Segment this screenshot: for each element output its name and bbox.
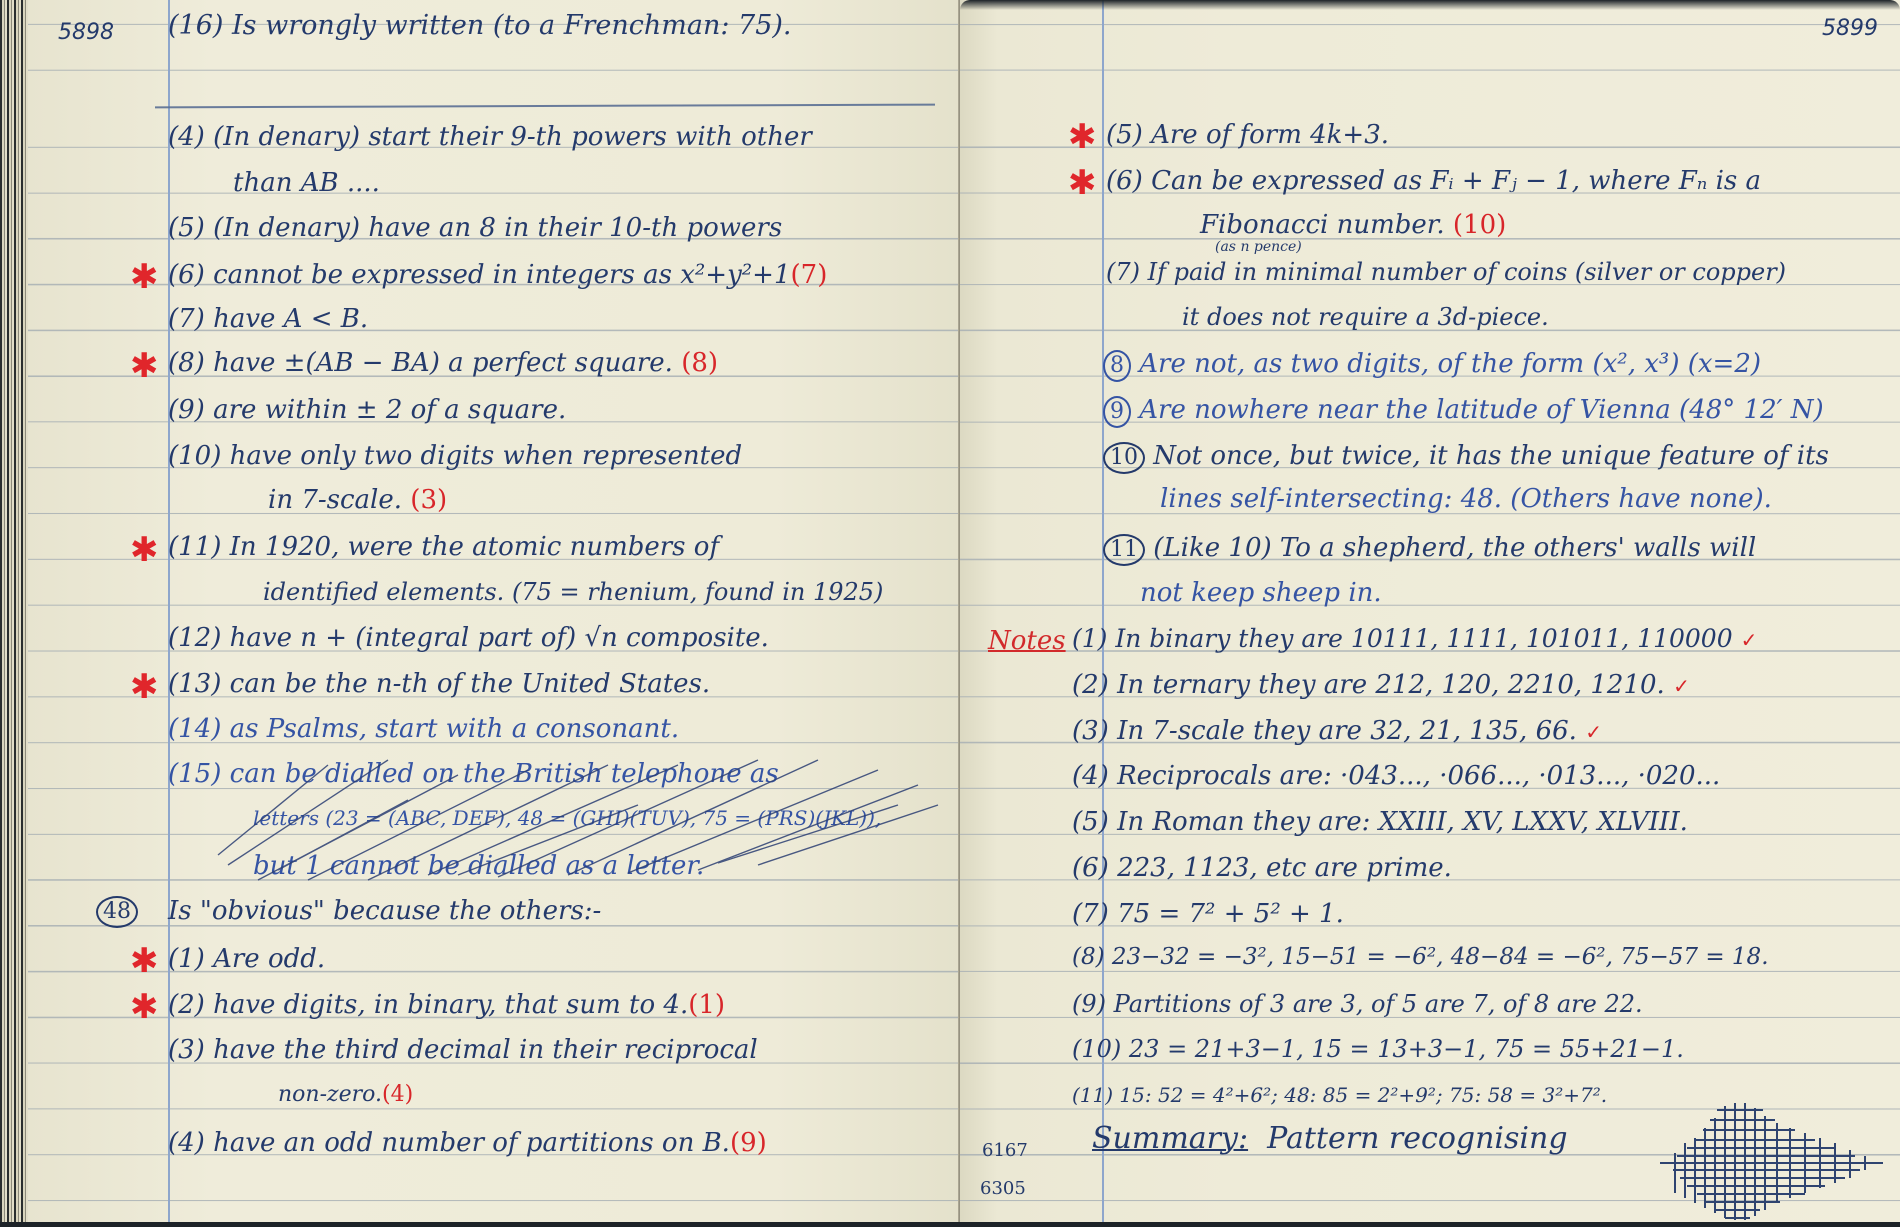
cross-hatched-cone-sketch-icon — [1655, 1098, 1885, 1222]
red-asterisk-icon: ✱ — [130, 533, 159, 567]
summary-line: Summary: Pattern recognising — [1092, 1124, 1568, 1154]
crossed-out-line: (15) can be dialled on the British telep… — [168, 761, 779, 787]
note-item: (8) 23−32 = −3², 15−51 = −6², 48−84 = −6… — [1072, 946, 1769, 969]
note-line: (4) (In denary) start their 9-th powers … — [168, 124, 812, 150]
note-line: (13) can be the n-th of the United State… — [168, 671, 710, 697]
note-line: 9 Are nowhere near the latitude of Vienn… — [1103, 396, 1824, 428]
note-line: lines self-intersecting: 48. (Others hav… — [1160, 486, 1772, 512]
note-item: (3) In 7-scale they are 32, 21, 135, 66.… — [1072, 718, 1602, 744]
red-asterisk-icon: ✱ — [130, 349, 159, 383]
checkmark-icon: ✓ — [1741, 628, 1758, 652]
note-line: it does not require a 3d-piece. — [1182, 305, 1549, 329]
note-line: (12) have n + (integral part of) √n comp… — [168, 625, 769, 651]
note-line: (8) have ±(AB − BA) a perfect square. (8… — [168, 350, 718, 376]
checkmark-icon: ✓ — [1585, 720, 1602, 744]
note-line: (6) cannot be expressed in integers as x… — [168, 262, 827, 288]
right-page: 5899 ✱ (5) Are of form 4k+3. ✱ (6) Can b… — [960, 0, 1900, 1222]
note-line: (4) have an odd number of partitions on … — [168, 1130, 767, 1156]
note-item: (4) Reciprocals are: ·043..., ·066..., ·… — [1072, 763, 1720, 789]
note-line: in 7-scale. (3) — [268, 487, 447, 513]
note-line: (9) are within ± 2 of a square. — [168, 397, 566, 423]
note-line: 11 (Like 10) To a shepherd, the others' … — [1103, 534, 1756, 566]
note-item: (2) In ternary they are 212, 120, 2210, … — [1072, 672, 1690, 698]
red-asterisk-icon: ✱ — [130, 670, 159, 704]
note-line: (7) If paid in minimal number of coins (… — [1106, 260, 1786, 284]
notebook-spread: 5898 (16) Is wrongly written (to a Frenc… — [0, 0, 1900, 1222]
page-number: 5899 — [1822, 16, 1878, 41]
note-item: (10) 23 = 21+3−1, 15 = 13+3−1, 75 = 55+2… — [1072, 1037, 1684, 1061]
note-line: (14) as Psalms, start with a consonant. — [168, 716, 679, 742]
note-item: (9) Partitions of 3 are 3, of 5 are 7, o… — [1072, 992, 1643, 1016]
note-line: Fibonacci number. (10) — [1200, 212, 1506, 238]
red-asterisk-icon: ✱ — [1068, 120, 1097, 154]
note-line: not keep sheep in. — [1140, 580, 1382, 606]
page-number: 5898 — [58, 20, 114, 45]
red-asterisk-icon: ✱ — [130, 990, 159, 1024]
note-item: (1) In binary they are 10111, 1111, 1010… — [1072, 626, 1757, 651]
checkmark-icon: ✓ — [1673, 674, 1690, 698]
note-item: (11) 15: 52 = 4²+6²; 48: 85 = 2²+9²; 75:… — [1072, 1085, 1607, 1105]
background-edge — [0, 1222, 1900, 1227]
red-asterisk-icon: ✱ — [130, 260, 159, 294]
circled-number-48: 48 — [96, 896, 138, 928]
red-asterisk-icon: ✱ — [1068, 166, 1097, 200]
note-line: (3) have the third decimal in their reci… — [168, 1037, 758, 1063]
crossed-out-line: but 1 cannot be dialled as a letter. — [253, 853, 704, 879]
note-line: (10) have only two digits when represent… — [168, 443, 742, 469]
margin-number: 6167 — [982, 1142, 1028, 1160]
note-line: 10 Not once, but twice, it has the uniqu… — [1103, 442, 1829, 474]
red-asterisk-icon: ✱ — [130, 944, 159, 978]
note-line: (6) Can be expressed as Fᵢ + Fⱼ − 1, whe… — [1106, 168, 1761, 194]
note-item: (5) In Roman they are: XXIII, XV, LXXV, … — [1072, 809, 1688, 835]
section-heading: Is "obvious" because the others:- — [168, 898, 601, 924]
margin-number: 6305 — [980, 1180, 1026, 1198]
page-top-shadow — [960, 0, 1900, 10]
page-edge-stack — [0, 0, 28, 1222]
note-line: non-zero.(4) — [278, 1084, 413, 1106]
notes-label: Notes — [988, 626, 1066, 656]
note-line: than AB .... — [233, 170, 380, 196]
header-line: (16) Is wrongly written (to a Frenchman:… — [168, 12, 792, 39]
note-item: (7) 75 = 7² + 5² + 1. — [1072, 901, 1344, 927]
insertion-annotation: (as n pence) — [1215, 240, 1302, 254]
note-line: (5) (In denary) have an 8 in their 10-th… — [168, 215, 782, 241]
note-line: (2) have digits, in binary, that sum to … — [168, 992, 725, 1018]
note-line: 8 Are not, as two digits, of the form (x… — [1103, 350, 1761, 382]
note-line: (5) Are of form 4k+3. — [1106, 122, 1389, 148]
left-page: 5898 (16) Is wrongly written (to a Frenc… — [28, 0, 960, 1222]
note-line: (1) Are odd. — [168, 946, 325, 972]
note-line: identified elements. (75 = rhenium, foun… — [263, 580, 883, 604]
note-item: (6) 223, 1123, etc are prime. — [1072, 855, 1452, 881]
note-line: (7) have A < B. — [168, 306, 368, 332]
note-line: (11) In 1920, were the atomic numbers of — [168, 534, 719, 560]
crossed-out-line: letters (23 = (ABC, DEF), 48 = (GHI)(TUV… — [253, 808, 881, 828]
